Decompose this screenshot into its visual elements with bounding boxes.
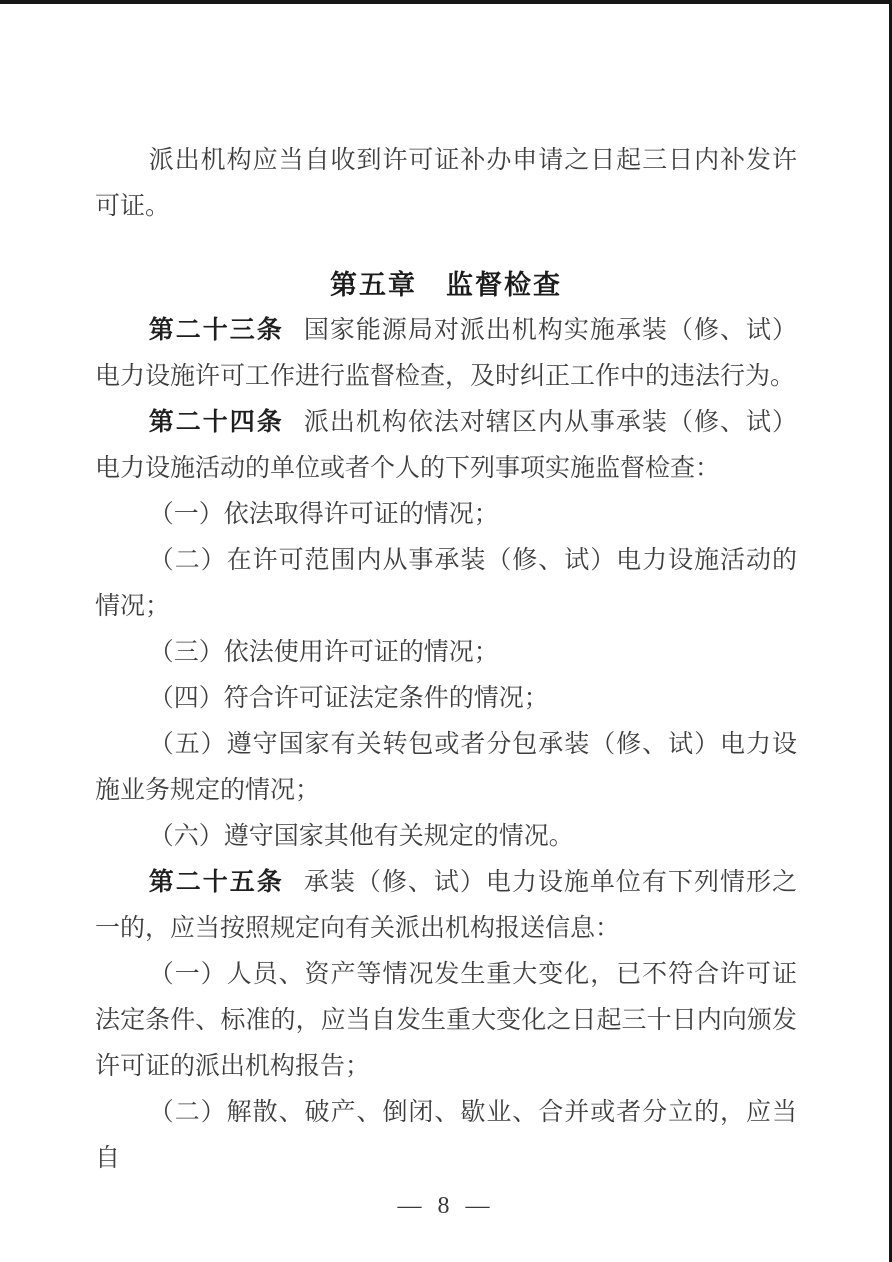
list-item: （二）解散、破产、倒闭、歇业、合并或者分立的，应当自 [95, 1090, 797, 1182]
list-item: （二）在许可范围内从事承装（修、试）电力设施活动的情况； [95, 538, 797, 630]
paragraph: 派出机构应当自收到许可证补办申请之日起三日内补发许可证。 [95, 138, 797, 230]
scanned-document-page: 派出机构应当自收到许可证补办申请之日起三日内补发许可证。 第五章 监督检查 第二… [0, 0, 892, 1262]
article-number: 第二十五条 [149, 869, 284, 896]
list-item: （四）符合许可证法定条件的情况； [95, 676, 797, 722]
article-paragraph: 第二十四条派出机构依法对辖区内从事承装（修、试）电力设施活动的单位或者个人的下列… [95, 400, 797, 492]
chapter-heading: 第五章 监督检查 [95, 262, 797, 308]
article-number: 第二十四条 [149, 409, 284, 436]
list-item: （一）人员、资产等情况发生重大变化，已不符合许可证法定条件、标准的，应当自发生重… [95, 952, 797, 1090]
article-number: 第二十三条 [149, 317, 284, 344]
list-item: （六）遵守国家其他有关规定的情况。 [95, 814, 797, 860]
scan-edge-top [0, 0, 892, 4]
page-number: — 8 — [95, 1183, 797, 1229]
list-item: （一）依法取得许可证的情况； [95, 492, 797, 538]
article-paragraph: 第二十三条国家能源局对派出机构实施承装（修、试）电力设施许可工作进行监督检查，及… [95, 308, 797, 400]
list-item: （三）依法使用许可证的情况； [95, 630, 797, 676]
page-content: 派出机构应当自收到许可证补办申请之日起三日内补发许可证。 第五章 监督检查 第二… [95, 138, 797, 1229]
list-item: （五）遵守国家有关转包或者分包承装（修、试）电力设施业务规定的情况； [95, 722, 797, 814]
article-paragraph: 第二十五条承装（修、试）电力设施单位有下列情形之一的，应当按照规定向有关派出机构… [95, 860, 797, 952]
